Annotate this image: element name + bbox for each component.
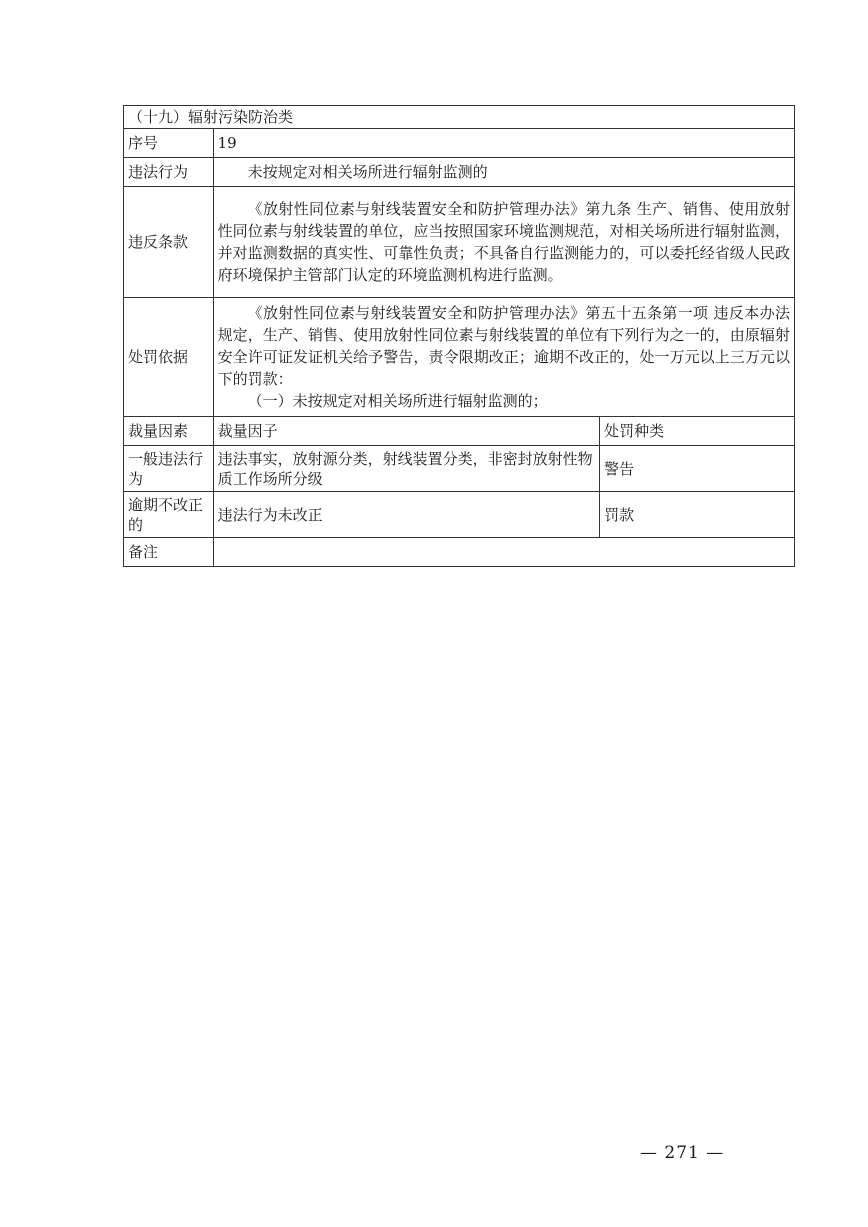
remarks-label: 备注 [124,538,214,567]
document-page: （十九）辐射污染防治类 序号 19 违法行为 未按规定对相关场所进行辐射监测的 … [0,0,868,1227]
penalty-basis-row: 处罚依据 《放射性同位素与射线装置安全和防护管理办法》第五十五条第一项 违反本办… [124,298,795,417]
violated-article-row: 违反条款 《放射性同位素与射线装置安全和防护管理办法》第九条 生产、销售、使用放… [124,187,795,298]
penalty-type: 罚款 [600,492,795,538]
penalty-basis-paragraph: 《放射性同位素与射线装置安全和防护管理办法》第五十五条第一项 违反本办法规定，生… [218,302,790,390]
number-label: 序号 [124,129,214,158]
remarks-row: 备注 [124,538,795,567]
penalty-type-header: 处罚种类 [600,417,795,446]
discretion-row: 一般违法行为 违法事实，放射源分类，射线装置分类，非密封放射性物质工作场所分级 … [124,446,795,492]
discretion-detail: 违法行为未改正 [213,492,600,538]
discretion-detail: 违法事实，放射源分类，射线装置分类，非密封放射性物质工作场所分级 [213,446,600,492]
penalty-basis-label: 处罚依据 [124,298,214,417]
penalty-basis-cell: 《放射性同位素与射线装置安全和防护管理办法》第五十五条第一项 违反本办法规定，生… [213,298,794,417]
penalty-type: 警告 [600,446,795,492]
penalty-discretion-table: （十九）辐射污染防治类 序号 19 违法行为 未按规定对相关场所进行辐射监测的 … [123,105,795,567]
discretion-factor: 一般违法行为 [124,446,214,492]
discretion-detail-header: 裁量因子 [213,417,600,446]
violated-article-text: 《放射性同位素与射线装置安全和防护管理办法》第九条 生产、销售、使用放射性同位素… [213,187,794,298]
section-title-row: （十九）辐射污染防治类 [124,106,795,129]
discretion-factor: 逾期不改正的 [124,492,214,538]
page-number: — 271 — [640,1143,724,1163]
penalty-basis-item: （一）未按规定对相关场所进行辐射监测的； [218,390,790,412]
discretion-row: 逾期不改正的 违法行为未改正 罚款 [124,492,795,538]
discretion-factor-header: 裁量因素 [124,417,214,446]
violation-value: 未按规定对相关场所进行辐射监测的 [213,158,794,187]
remarks-value [213,538,794,567]
number-value: 19 [213,129,794,158]
violated-article-label: 违反条款 [124,187,214,298]
discretion-header-row: 裁量因素 裁量因子 处罚种类 [124,417,795,446]
section-title: （十九）辐射污染防治类 [124,106,795,129]
violation-label: 违法行为 [124,158,214,187]
violation-row: 违法行为 未按规定对相关场所进行辐射监测的 [124,158,795,187]
number-row: 序号 19 [124,129,795,158]
